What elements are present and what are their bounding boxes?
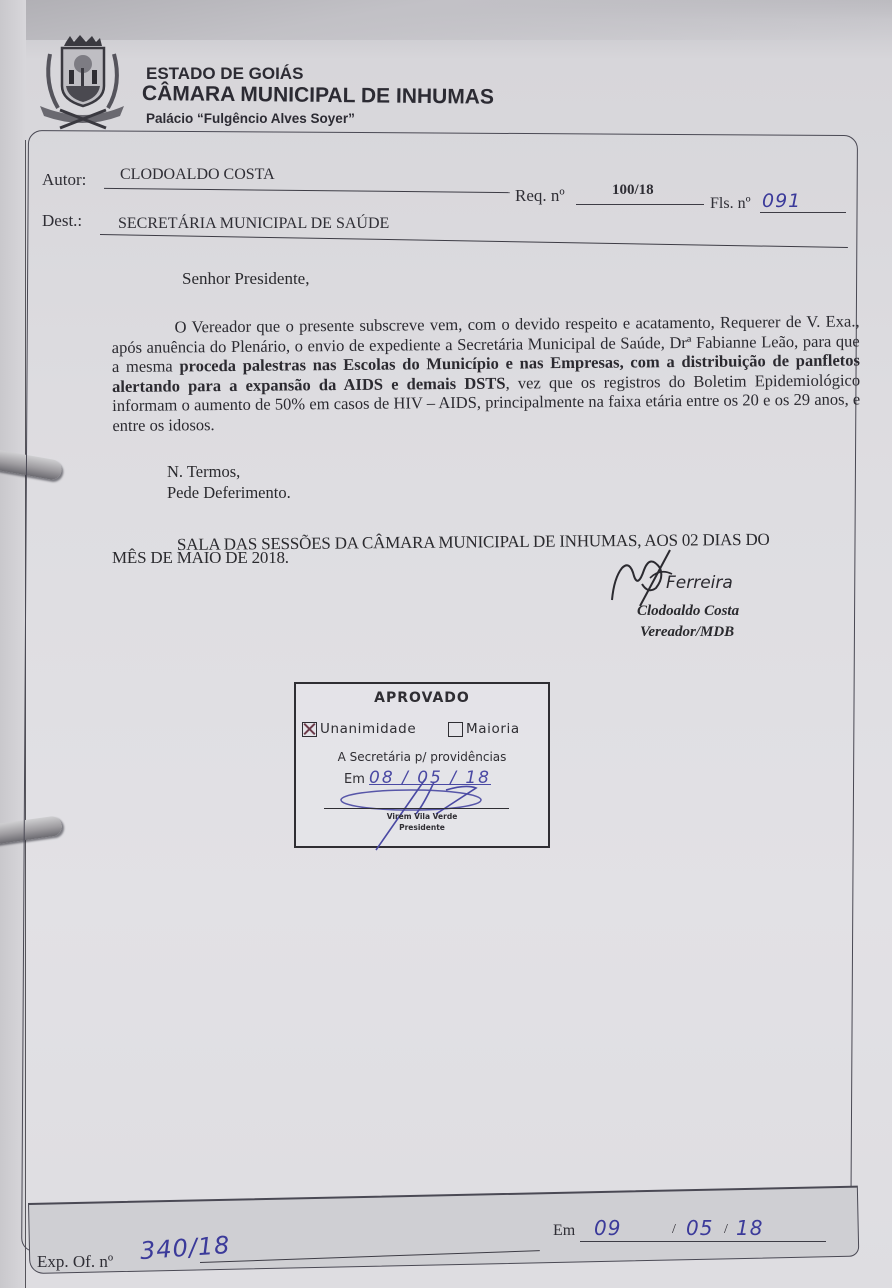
svg-text:Ferreira: Ferreira [666, 573, 733, 593]
header-state: ESTADO DE GOIÁS [146, 64, 303, 84]
footer-date-underline [580, 1241, 826, 1242]
closing-terms: N. Termos, [167, 462, 240, 482]
coat-of-arms-icon [36, 34, 128, 134]
footer-em-month: 05 [686, 1216, 713, 1240]
author-label: Autor: [42, 170, 86, 190]
checked-checkbox-icon[interactable] [302, 722, 317, 737]
page-top-shadow [0, 0, 892, 40]
option-unanimity-label: Unanimidade [320, 721, 416, 737]
footer-em-year: 18 [736, 1216, 763, 1240]
author-value: CLODOALDO COSTA [120, 166, 275, 184]
president-name: Virem Vila Verde [296, 812, 548, 821]
session-line-2: MÊS DE MAIO DE 2018. [112, 548, 289, 568]
greeting: Senhor Presidente, [182, 269, 309, 289]
footer-em-label: Em [553, 1222, 575, 1240]
empty-checkbox-icon[interactable] [448, 722, 463, 737]
req-underline [576, 204, 704, 205]
approval-stamp: APROVADO Unanimidade Maioria A Secretári… [294, 682, 550, 848]
fls-label: Fls. nº [710, 195, 751, 213]
councilor-signature-icon: Ferreira [600, 548, 770, 608]
request-paragraph: O Vereador que o presente subscreve vem,… [111, 311, 860, 435]
footer-date-sep-2: / [724, 1222, 728, 1238]
dest-value: SECRETÁRIA MUNICIPAL DE SAÚDE [118, 215, 389, 233]
dest-label: Dest.: [42, 211, 82, 231]
fls-value: 091 [762, 190, 801, 212]
option-unanimity[interactable]: Unanimidade [302, 721, 416, 737]
footer-em-day: 09 [594, 1216, 621, 1240]
signer-name: Clodoaldo Costa [637, 603, 739, 620]
closing-request: Pede Deferimento. [167, 483, 291, 503]
footer-date-sep-1: / [672, 1222, 676, 1238]
header-council: CÂMARA MUNICIPAL DE INHUMAS [142, 82, 494, 110]
fls-underline [760, 212, 846, 213]
header-palace: Palácio “Fulgêncio Alves Soyer” [146, 111, 355, 126]
stamp-signature-line [324, 808, 509, 809]
stamp-destination: A Secretária p/ providências [296, 750, 548, 764]
req-label: Req. nº [515, 186, 565, 206]
president-title: Presidente [296, 823, 548, 832]
stamp-title: APROVADO [296, 690, 548, 706]
option-majority-label: Maioria [466, 721, 520, 737]
exp-of-label: Exp. Of. nº [37, 1252, 113, 1272]
req-value: 100/18 [612, 182, 654, 199]
signer-role: Vereador/MDB [640, 624, 734, 641]
option-majority[interactable]: Maioria [448, 721, 520, 737]
